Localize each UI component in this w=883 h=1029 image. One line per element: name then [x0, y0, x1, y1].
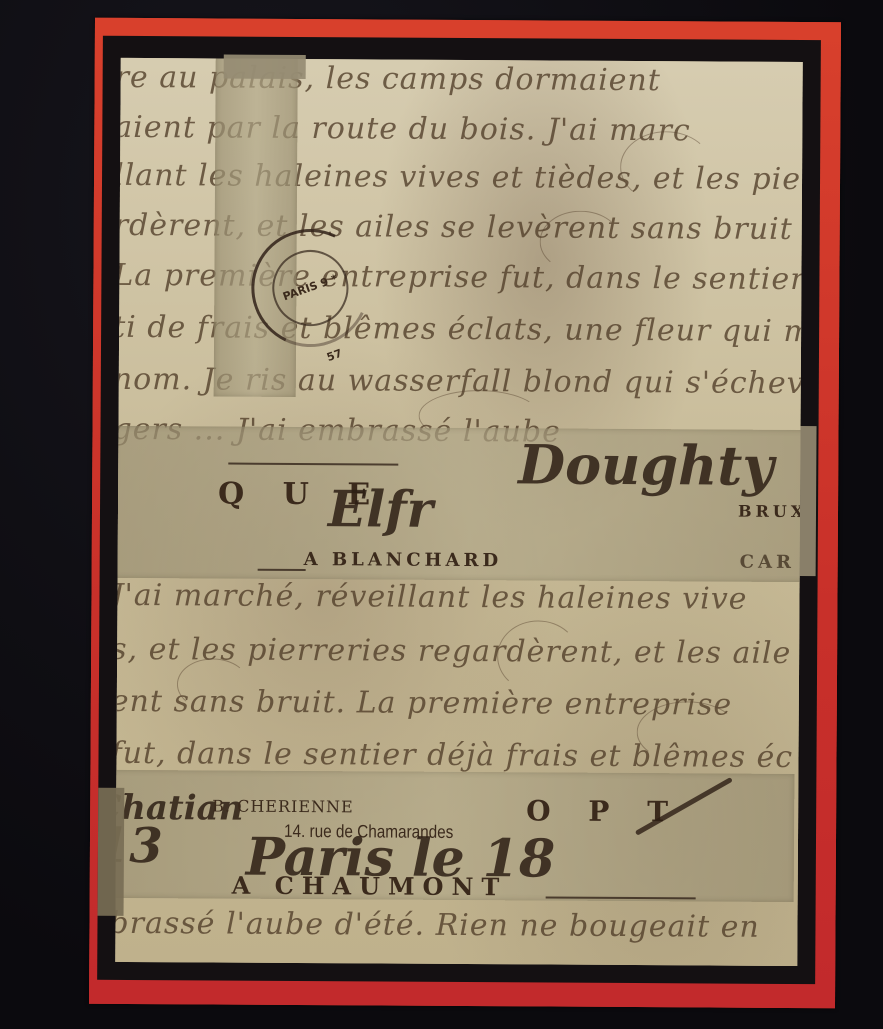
black-mat-layer: re au palais, les camps dormaient aient …: [97, 36, 821, 984]
stamp-doughty: Doughty: [518, 432, 774, 498]
stamp-blanchard: A BLANCHARD: [304, 549, 503, 571]
script-line: J'ai marché, réveillant les haleines viv…: [115, 578, 747, 617]
stamp-bucherienne: B. CHERIENNE: [212, 796, 354, 816]
flourish: [177, 658, 249, 710]
flourish: [636, 701, 738, 764]
flourish: [497, 620, 579, 692]
tape-overhang-left: [98, 788, 125, 916]
french-script-paper: re au palais, les camps dormaient aient …: [115, 58, 803, 966]
stamp-car: CAR: [740, 552, 795, 573]
script-line: brassé l'aube d'été. Rien ne bougeait en: [115, 906, 760, 945]
script-line: aient par la route du bois. J'ai marc: [115, 110, 691, 149]
flourish: [620, 131, 712, 204]
red-card-base: re au palais, les camps dormaient aient …: [89, 18, 841, 1009]
stamp-chaumont: A CHAUMONT: [232, 871, 508, 902]
stamp-signature: Elfr: [328, 479, 433, 539]
stamp-rule: [258, 569, 306, 571]
postmark-text: PARIS 9 * 57: [262, 239, 359, 336]
tape-overhang-right: [800, 426, 817, 576]
tape-strip-vertical: [214, 58, 298, 397]
tape-overhang-top: [224, 55, 306, 80]
script-line: re au palais, les camps dormaient: [115, 60, 661, 98]
stamp-brux: BRUX: [738, 502, 803, 521]
flourish: [539, 210, 621, 272]
